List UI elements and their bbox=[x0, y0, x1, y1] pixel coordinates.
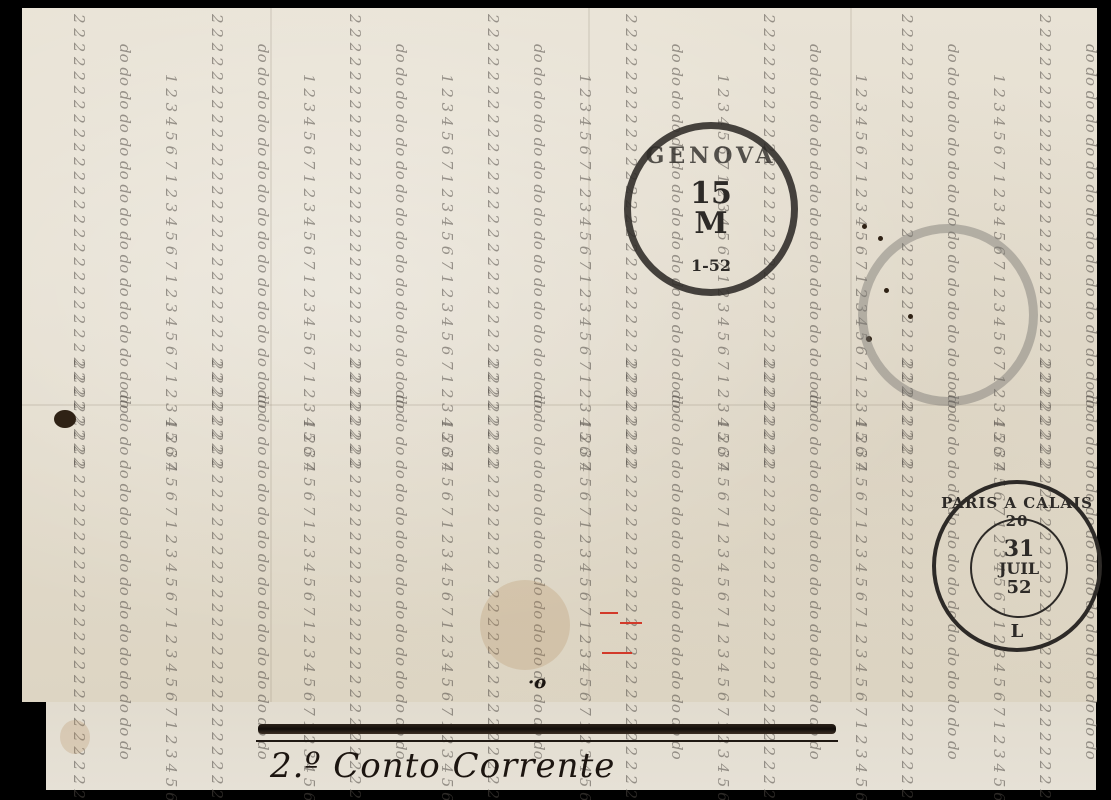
handwriting-column: 2 2 2 2 2 2 2 2 2 2 2 2 2 2 2 2 2 2 2 2 … bbox=[207, 14, 226, 36]
paper-stain bbox=[60, 720, 90, 754]
handwriting-column: do do do do do do do do do do do do do d… bbox=[805, 44, 824, 66]
handwriting-column: do do do do do do do do do do do do do d… bbox=[391, 390, 410, 412]
red-mark bbox=[602, 652, 632, 654]
handwriting-column: 2 2 2 2 2 2 2 2 2 2 2 2 2 2 2 2 2 2 2 2 … bbox=[897, 14, 916, 36]
handwriting-column: 2 2 2 2 2 2 2 2 2 2 2 2 2 2 2 2 2 2 2 2 … bbox=[483, 360, 502, 382]
paper-stain bbox=[480, 580, 570, 670]
postmark-day: 15 bbox=[690, 179, 732, 209]
handwriting-column: do do do do do do do do do do do do do d… bbox=[1081, 390, 1100, 412]
ink-rule-thick bbox=[258, 724, 836, 734]
handwriting-column: 2 2 2 2 2 2 2 2 2 2 2 2 2 2 2 2 2 2 2 2 … bbox=[345, 360, 364, 382]
handwriting-column: 1 2 3 4 5 6 7 1 2 3 4 5 6 7 1 2 3 4 5 6 … bbox=[851, 74, 870, 96]
postmark-month: JUIL bbox=[999, 560, 1039, 578]
handwriting-column: do do do do do do do do do do do do do d… bbox=[253, 44, 272, 66]
postmark-genova: GENOVA 15 M 1-52 bbox=[624, 122, 798, 296]
handwriting-column: 2 2 2 2 2 2 2 2 2 2 2 2 2 2 2 2 2 2 2 2 … bbox=[1035, 360, 1054, 382]
handwriting-column: do do do do do do do do do do do do do d… bbox=[391, 44, 410, 66]
handwriting-column: do do do do do do do do do do do do do d… bbox=[667, 44, 686, 66]
postmark-day: 31 bbox=[1004, 538, 1035, 560]
postmark-paris-calais: PARIS A CALAIS 20 31 JUIL 52 L bbox=[932, 480, 1102, 652]
postmark-bottom: 1-52 bbox=[631, 256, 791, 275]
handwriting-column: do do do do do do do do do do do do do d… bbox=[1081, 44, 1100, 66]
handwriting-column: 2 2 2 2 2 2 2 2 2 2 2 2 2 2 2 2 2 2 2 2 … bbox=[69, 360, 88, 382]
docket-inscription: 2.º Conto Corrente bbox=[270, 746, 615, 786]
ink-speck bbox=[878, 236, 883, 241]
handwriting-column: 1 2 3 4 5 6 7 1 2 3 4 5 6 7 1 2 3 4 5 6 … bbox=[299, 74, 318, 96]
postmark-year: 52 bbox=[1006, 578, 1031, 598]
postmark-city: GENOVA bbox=[631, 143, 791, 169]
handwriting-column: 2 2 2 2 2 2 2 2 2 2 2 2 2 2 2 2 2 2 2 2 … bbox=[483, 14, 502, 36]
handwriting-column: 1 2 3 4 5 6 7 1 2 3 4 5 6 7 1 2 3 4 5 6 … bbox=[851, 420, 870, 442]
handwriting-column: 2 2 2 2 2 2 2 2 2 2 2 2 2 2 2 2 2 2 2 2 … bbox=[1035, 14, 1054, 36]
postmark-faint bbox=[858, 224, 1038, 406]
handwriting-column: 2 2 2 2 2 2 2 2 2 2 2 2 2 2 2 2 2 2 2 2 … bbox=[207, 360, 226, 382]
handwriting-column: 1 2 3 4 5 6 7 1 2 3 4 5 6 7 1 2 3 4 5 6 … bbox=[161, 74, 180, 96]
postmark-date-circle: 31 JUIL 52 bbox=[970, 518, 1068, 618]
ink-rule-thin bbox=[256, 740, 838, 742]
handwriting-column: 1 2 3 4 5 6 7 1 2 3 4 5 6 7 1 2 3 4 5 6 … bbox=[299, 420, 318, 442]
handwriting-column: do do do do do do do do do do do do do d… bbox=[943, 44, 962, 66]
handwriting-column: 2 2 2 2 2 2 2 2 2 2 2 2 2 2 2 2 2 2 2 2 … bbox=[345, 14, 364, 36]
handwriting-column: 2 2 2 2 2 2 2 2 2 2 2 2 2 2 2 2 2 2 2 2 … bbox=[759, 14, 778, 36]
handwriting-column: 2 2 2 2 2 2 2 2 2 2 2 2 2 2 2 2 2 2 2 2 … bbox=[621, 360, 640, 382]
handwriting-column: do do do do do do do do do do do do do d… bbox=[529, 390, 548, 412]
handwriting-column: 1 2 3 4 5 6 7 1 2 3 4 5 6 7 1 2 3 4 5 6 … bbox=[575, 74, 594, 96]
handwriting-column: 1 2 3 4 5 6 7 1 2 3 4 5 6 7 1 2 3 4 5 6 … bbox=[437, 420, 456, 442]
handwriting-column: 1 2 3 4 5 6 7 1 2 3 4 5 6 7 1 2 3 4 5 6 … bbox=[713, 74, 732, 96]
handwriting-column: 1 2 3 4 5 6 7 1 2 3 4 5 6 7 1 2 3 4 5 6 … bbox=[575, 420, 594, 442]
postmark-month: M bbox=[694, 209, 727, 239]
handwriting-column: do do do do do do do do do do do do do d… bbox=[529, 44, 548, 66]
small-ink-mark: ·o bbox=[528, 672, 546, 693]
handwriting-column: 2 2 2 2 2 2 2 2 2 2 2 2 2 2 2 2 2 2 2 2 … bbox=[759, 360, 778, 382]
handwriting-column: 1 2 3 4 5 6 7 1 2 3 4 5 6 7 1 2 3 4 5 6 … bbox=[161, 420, 180, 442]
handwriting-column: 1 2 3 4 5 6 7 1 2 3 4 5 6 7 1 2 3 4 5 6 … bbox=[713, 420, 732, 442]
red-mark bbox=[600, 612, 618, 614]
red-mark bbox=[620, 622, 642, 624]
handwriting-column: do do do do do do do do do do do do do d… bbox=[115, 44, 134, 66]
handwriting-column: do do do do do do do do do do do do do d… bbox=[115, 390, 134, 412]
handwriting-column: do do do do do do do do do do do do do d… bbox=[667, 390, 686, 412]
handwriting-column: 2 2 2 2 2 2 2 2 2 2 2 2 2 2 2 2 2 2 2 2 … bbox=[621, 14, 640, 36]
ink-blot bbox=[54, 410, 76, 428]
ink-speck bbox=[862, 224, 867, 229]
handwriting-column: do do do do do do do do do do do do do d… bbox=[253, 390, 272, 412]
handwriting-column: 2 2 2 2 2 2 2 2 2 2 2 2 2 2 2 2 2 2 2 2 … bbox=[69, 14, 88, 36]
handwriting-column: 1 2 3 4 5 6 7 1 2 3 4 5 6 7 1 2 3 4 5 6 … bbox=[989, 74, 1008, 96]
handwriting-column: 1 2 3 4 5 6 7 1 2 3 4 5 6 7 1 2 3 4 5 6 … bbox=[989, 420, 1008, 442]
handwriting-column: 1 2 3 4 5 6 7 1 2 3 4 5 6 7 1 2 3 4 5 6 … bbox=[437, 74, 456, 96]
postmark-letter: L bbox=[936, 621, 1098, 642]
handwriting-column: do do do do do do do do do do do do do d… bbox=[805, 390, 824, 412]
